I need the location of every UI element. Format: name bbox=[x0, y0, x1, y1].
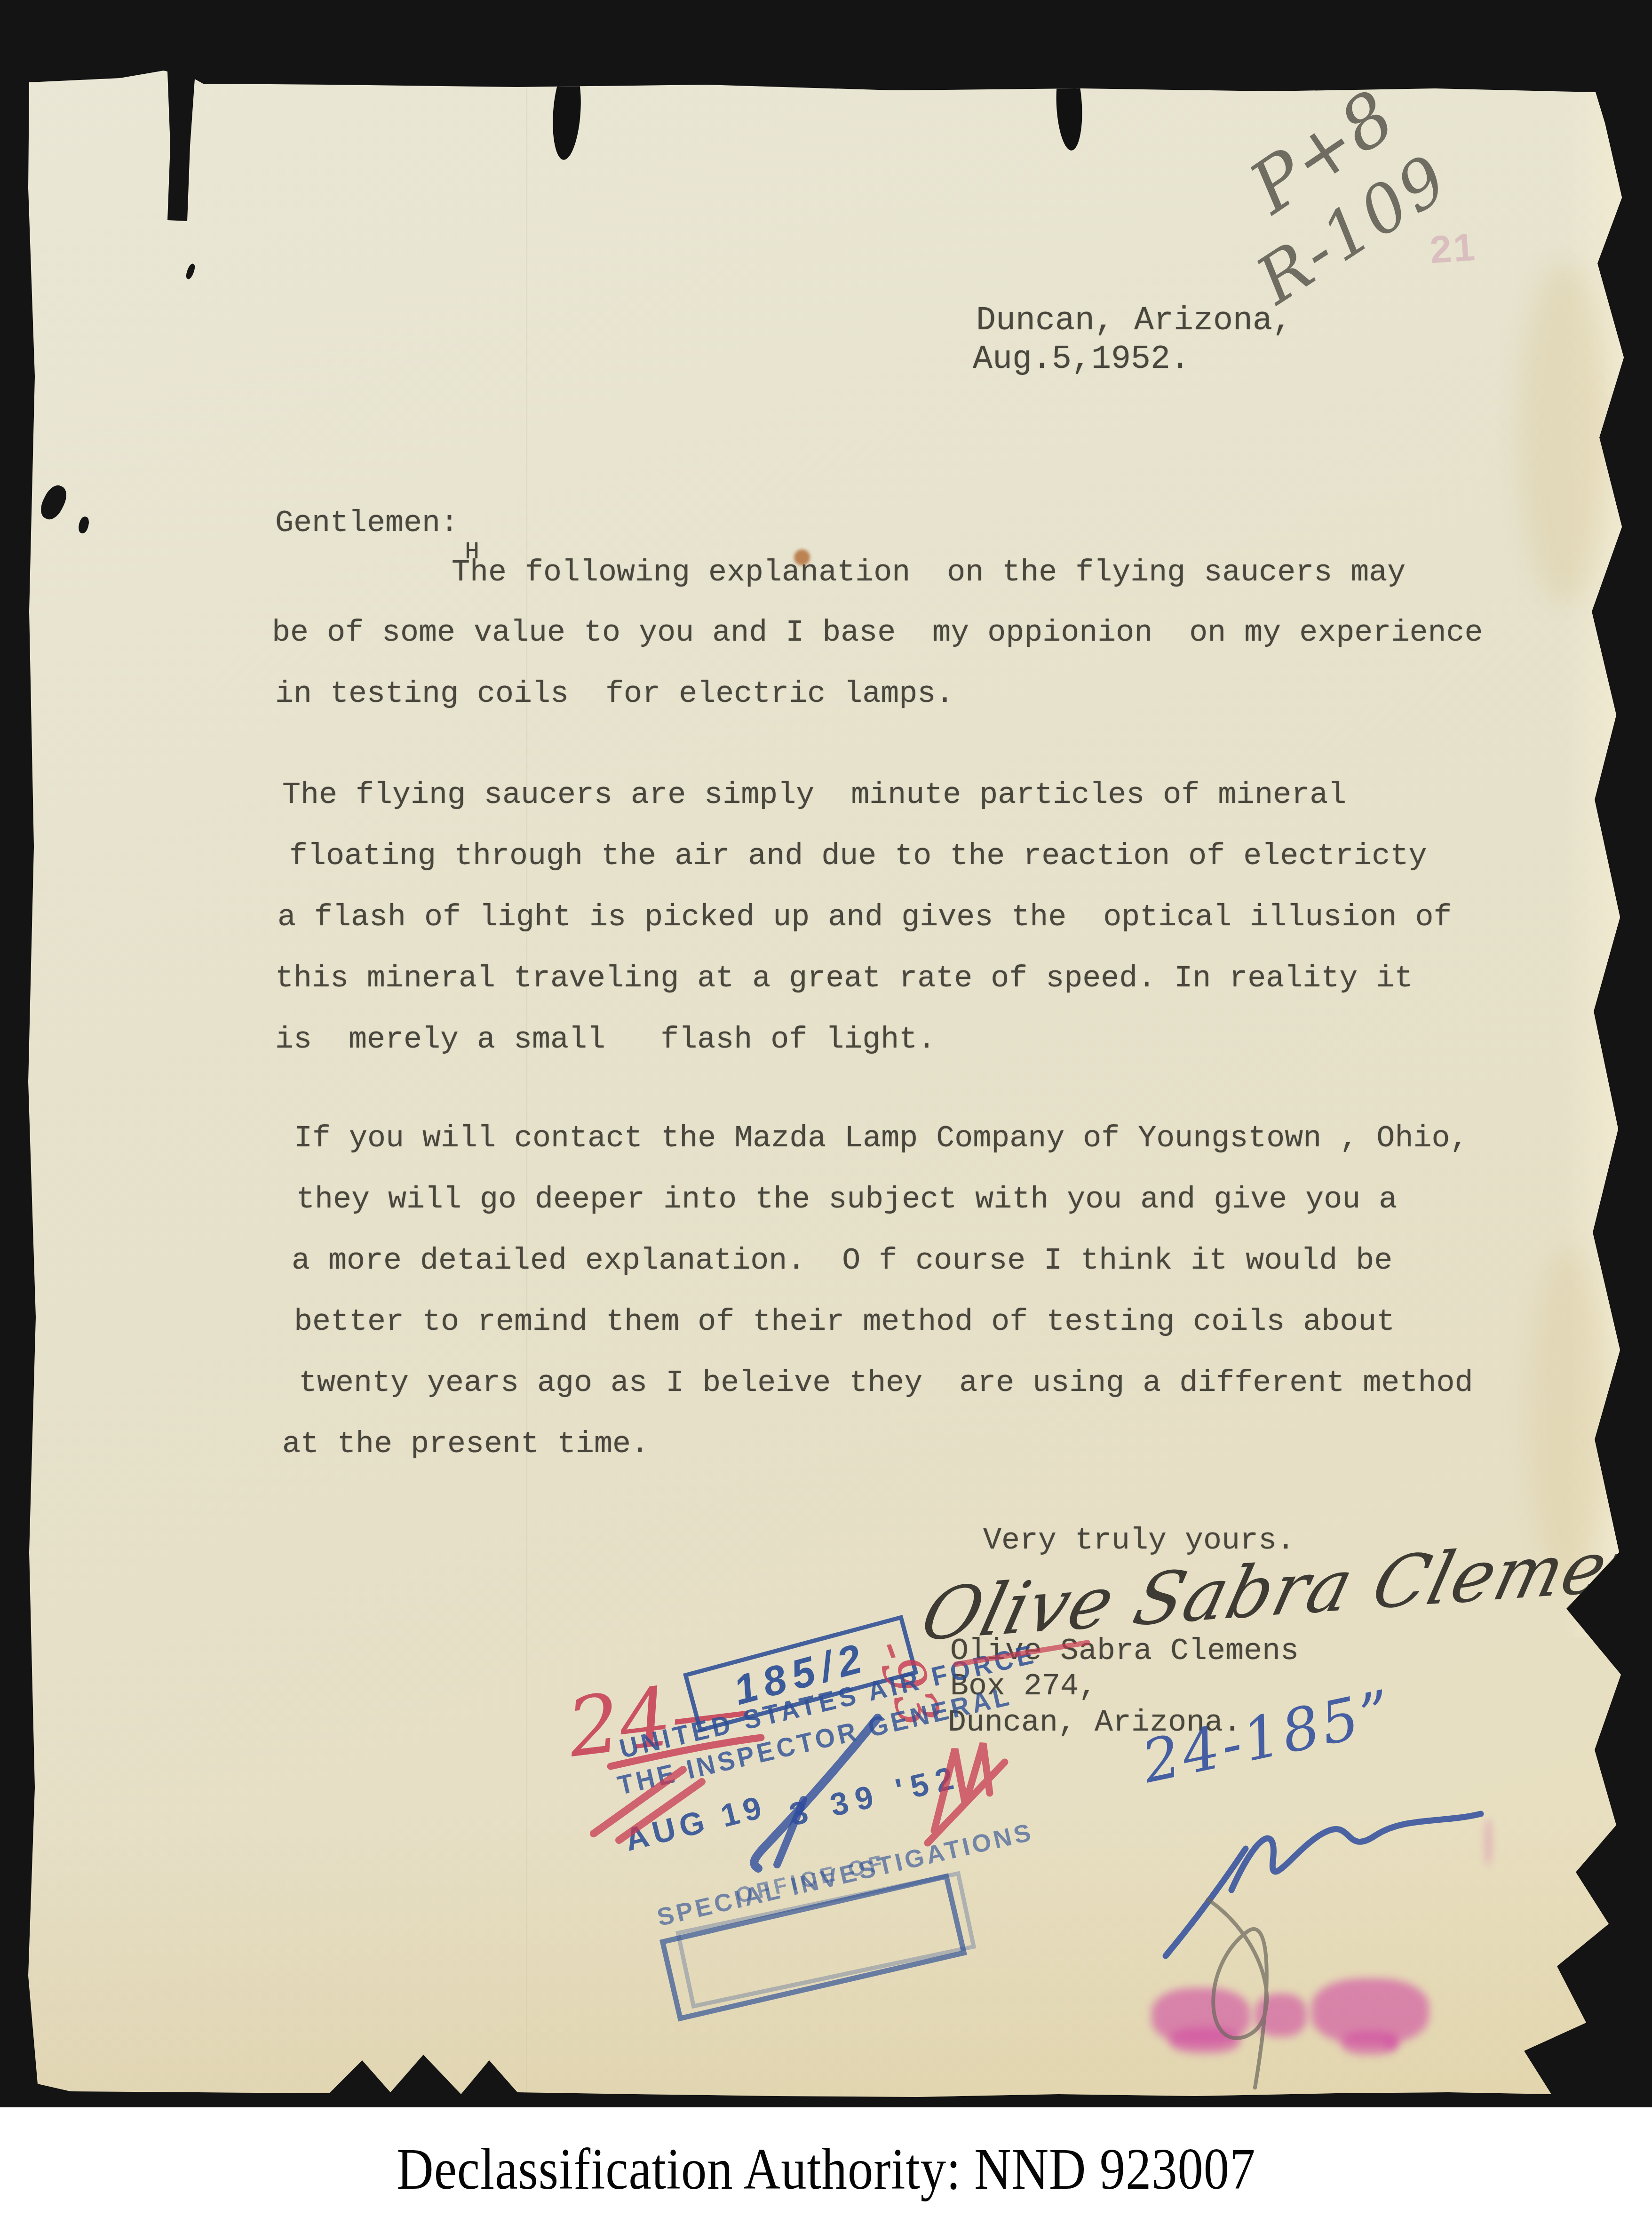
typed-line: is merely a small flash of light. bbox=[275, 1025, 936, 1055]
typed-line: The following explanation on the flying … bbox=[452, 557, 1406, 588]
typed-line: Gentlemen: bbox=[275, 508, 459, 539]
paper-stain bbox=[1519, 263, 1609, 602]
typed-line: in testing coils for electric lamps. bbox=[275, 679, 954, 709]
pink-stamp-smudge bbox=[1255, 1994, 1307, 2037]
punch-hole-left bbox=[550, 64, 584, 161]
typed-line: Aug.5,1952. bbox=[973, 343, 1190, 376]
paper-speck bbox=[185, 263, 197, 280]
blue-file-note: 24-185” bbox=[1137, 1682, 1399, 1792]
pink-scratch bbox=[1485, 1819, 1491, 1866]
typed-line: twenty years ago as I beleive they are u… bbox=[299, 1368, 1473, 1398]
letter-paper: Duncan, Arizona,Aug.5,1952.Gentlemen:HTh… bbox=[0, 0, 1652, 2107]
typed-line: at the present time. bbox=[282, 1429, 649, 1460]
pink-stamp-dot bbox=[1385, 2037, 1397, 2049]
pink-stamp-smudge bbox=[1169, 2027, 1240, 2053]
typed-line: they will go deeper into the subject wit… bbox=[296, 1184, 1397, 1215]
typed-line: be of some value to you and I base my op… bbox=[272, 618, 1483, 648]
typed-line: this mineral traveling at a great rate o… bbox=[275, 963, 1413, 994]
declassification-band: Declassification Authority: NND 923007 bbox=[0, 2107, 1652, 2232]
typed-line: a more detailed explanation. O f course … bbox=[292, 1246, 1392, 1276]
typed-line: floating through the air and due to the … bbox=[289, 841, 1427, 872]
paper-speck bbox=[37, 482, 71, 523]
punch-hole-right bbox=[1054, 60, 1084, 151]
faint-page-number-stamp: 21 bbox=[1429, 228, 1478, 270]
vertical-fold-crease bbox=[526, 71, 527, 2093]
typed-line: better to remind them of their method of… bbox=[294, 1307, 1395, 1337]
typed-line: If you will contact the Mazda Lamp Compa… bbox=[294, 1123, 1468, 1154]
paper-speck bbox=[77, 516, 90, 534]
typed-line: a flash of light is picked up and gives … bbox=[278, 902, 1452, 933]
typed-line: The flying saucers are simply minute par… bbox=[282, 780, 1346, 810]
declassification-text: Declassification Authority: NND 923007 bbox=[397, 2136, 1255, 2203]
scanned-letter-page: Duncan, Arizona,Aug.5,1952.Gentlemen:HTh… bbox=[0, 0, 1652, 2232]
typed-line: Duncan, Arizona, bbox=[976, 305, 1292, 338]
